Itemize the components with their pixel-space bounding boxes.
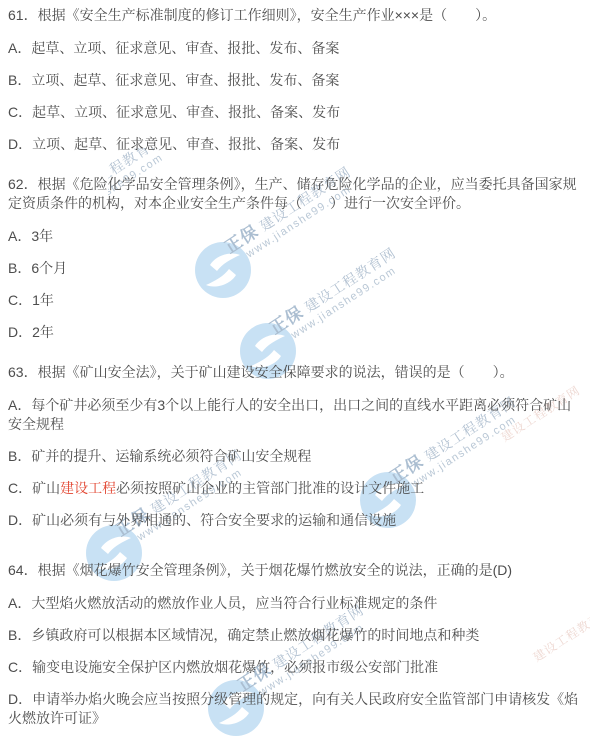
- option-d: D．2年: [8, 323, 584, 342]
- option-label: B．: [8, 448, 31, 464]
- option-c: C．矿山建设工程必须按照矿山企业的主管部门批准的设计文件施工: [8, 479, 584, 498]
- option-label: B．: [8, 72, 31, 88]
- option-label: C．: [8, 292, 32, 308]
- option-text: 立项、起草、征求意见、审查、报批、发布、备案: [31, 72, 339, 88]
- option-d: D．申请举办焰火晚会应当按照分级管理的规定，向有关人民政府安全监管部门申请核发《…: [8, 690, 584, 728]
- option-text: 矿山: [32, 480, 60, 496]
- option-label: A．: [8, 397, 31, 413]
- option-text: 2年: [32, 324, 54, 340]
- question-61: 61．根据《安全生产标准制度的修订工作细则》，安全生产作业×××是（ ）。 A．…: [8, 6, 584, 154]
- question-63: 63．根据《矿山安全法》，关于矿山建设安全保障要求的说法，错误的是（ ）。 A．…: [8, 363, 584, 530]
- option-text: 3年: [31, 228, 53, 244]
- option-a: A．3年: [8, 227, 584, 246]
- option-a: A．每个矿井必须至少有3个以上能行人的安全出口，出口之间的直线水平距离必须符合矿…: [8, 396, 584, 434]
- question-number: 64．: [8, 562, 38, 578]
- question-stem: 61．根据《安全生产标准制度的修订工作细则》，安全生产作业×××是（ ）。: [8, 6, 584, 25]
- option-b: B．6个月: [8, 259, 584, 278]
- option-text: 大型焰火燃放活动的燃放作业人员，应当符合行业标准规定的条件: [31, 595, 437, 611]
- question-text: 根据《危险化学品安全管理条例》，生产、储存危险化学品的企业，应当委托具备国家规定…: [8, 176, 577, 211]
- option-label: B．: [8, 260, 31, 276]
- jianshe-gongcheng-link[interactable]: 建设工程: [60, 480, 116, 496]
- question-stem: 63．根据《矿山安全法》，关于矿山建设安全保障要求的说法，错误的是（ ）。: [8, 363, 584, 382]
- option-label: D．: [8, 324, 32, 340]
- question-text: 根据《安全生产标准制度的修订工作细则》，安全生产作业×××是（ ）。: [38, 7, 497, 23]
- option-text: 矿并的提升、运输系统必须符合矿山安全规程: [31, 448, 311, 464]
- option-c: C．起草、立项、征求意见、审查、报批、备案、发布: [8, 103, 584, 122]
- option-label: A．: [8, 595, 31, 611]
- question-number: 61．: [8, 7, 38, 23]
- option-d: D．立项、起草、征求意见、审查、报批、备案、发布: [8, 135, 584, 154]
- option-label: D．: [8, 512, 32, 528]
- question-number: 62．: [8, 176, 38, 192]
- option-c: C．输变电设施安全保护区内燃放烟花爆竹，必须报市级公安部门批准: [8, 658, 584, 677]
- question-stem: 62．根据《危险化学品安全管理条例》，生产、储存危险化学品的企业，应当委托具备国…: [8, 175, 584, 213]
- option-c: C．1年: [8, 291, 584, 310]
- question-text: 根据《矿山安全法》，关于矿山建设安全保障要求的说法，错误的是（ ）。: [38, 364, 514, 380]
- option-text: 每个矿井必须至少有3个以上能行人的安全出口，出口之间的直线水平距离必须符合矿山安…: [8, 397, 571, 432]
- option-label: B．: [8, 627, 31, 643]
- option-label: C．: [8, 480, 32, 496]
- option-text: 起草、立项、征求意见、审查、报批、发布、备案: [31, 40, 339, 56]
- option-text: 申请举办焰火晚会应当按照分级管理的规定，向有关人民政府安全监管部门申请核发《焰火…: [8, 691, 578, 726]
- option-label: A．: [8, 228, 31, 244]
- option-d: D．矿山必须有与外界相通的、符合安全要求的运输和通信设施: [8, 511, 584, 530]
- option-label: D．: [8, 136, 32, 152]
- option-text: 1年: [32, 292, 54, 308]
- option-label: D．: [8, 691, 32, 707]
- option-text: 6个月: [31, 260, 67, 276]
- option-label: C．: [8, 659, 32, 675]
- option-b: B．矿并的提升、运输系统必须符合矿山安全规程: [8, 447, 584, 466]
- option-text: 必须按照矿山企业的主管部门批准的设计文件施工: [116, 480, 424, 496]
- question-stem: 64．根据《烟花爆竹安全管理条例》，关于烟花爆竹燃放安全的说法，正确的是(D): [8, 561, 584, 580]
- option-a: A．起草、立项、征求意见、审查、报批、发布、备案: [8, 39, 584, 58]
- option-b: B．立项、起草、征求意见、审查、报批、发布、备案: [8, 71, 584, 90]
- option-label: C．: [8, 104, 32, 120]
- option-text: 矿山必须有与外界相通的、符合安全要求的运输和通信设施: [32, 512, 396, 528]
- exam-question-list: 61．根据《安全生产标准制度的修订工作细则》，安全生产作业×××是（ ）。 A．…: [0, 0, 590, 728]
- option-a: A．大型焰火燃放活动的燃放作业人员，应当符合行业标准规定的条件: [8, 594, 584, 613]
- question-62: 62．根据《危险化学品安全管理条例》，生产、储存危险化学品的企业，应当委托具备国…: [8, 175, 584, 342]
- option-b: B．乡镇政府可以根据本区域情况，确定禁止燃放烟花爆竹的时间地点和种类: [8, 626, 584, 645]
- question-number: 63．: [8, 364, 38, 380]
- option-text: 乡镇政府可以根据本区域情况，确定禁止燃放烟花爆竹的时间地点和种类: [31, 627, 479, 643]
- option-text: 起草、立项、征求意见、审查、报批、备案、发布: [32, 104, 340, 120]
- option-label: A．: [8, 40, 31, 56]
- option-text: 输变电设施安全保护区内燃放烟花爆竹，必须报市级公安部门批准: [32, 659, 438, 675]
- question-64: 64．根据《烟花爆竹安全管理条例》，关于烟花爆竹燃放安全的说法，正确的是(D) …: [8, 561, 584, 728]
- option-text: 立项、起草、征求意见、审查、报批、备案、发布: [32, 136, 340, 152]
- question-text: 根据《烟花爆竹安全管理条例》，关于烟花爆竹燃放安全的说法，正确的是(D): [38, 562, 512, 578]
